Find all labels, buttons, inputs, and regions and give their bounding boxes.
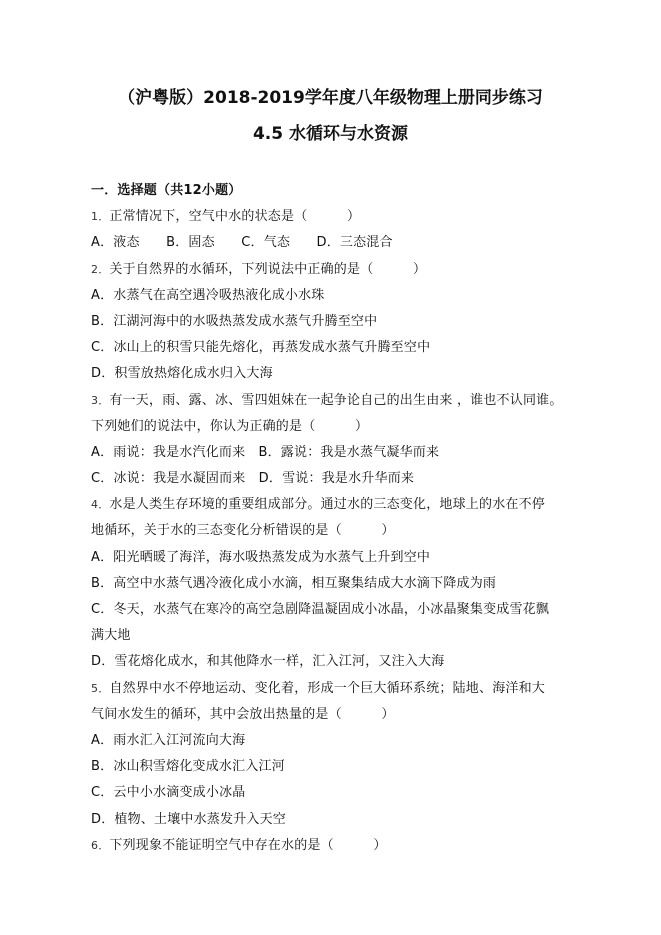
question-1-options: A．液态 B．固态 C．气态 D．三态混合 (91, 230, 611, 256)
question-list: 一．选择题（共12小题） 1．正常情况下，空气中水的状态是（ ） A．液态 B．… (91, 178, 611, 859)
option-c: C．冰山上的积雪只能先熔化，再蒸发成水蒸气升腾至空中 (91, 335, 611, 361)
options-ab: A．雨说：我是水汽化而来 B．露说：我是水蒸气凝华而来 (91, 440, 611, 466)
question-text: 自然界中水不停地运动、变化着，形成一个巨大循环系统；陆地、海洋和大 (109, 681, 545, 696)
question-3: 3．有一天，雨、露、冰、雪四姐妹在一起争论自己的出生由来 ，谁也不认同谁。 (91, 388, 611, 414)
option-a: A．阳光晒暖了海洋，海水吸热蒸发成为水蒸气上升到空中 (91, 545, 611, 571)
question-number: 2． (91, 263, 109, 276)
question-6: 6．下列现象不能证明空气中存在水的是（ ） (91, 833, 611, 859)
question-4: 4．水是人类生存环境的重要组成部分。通过水的三态变化，地球上的水在不停 (91, 492, 611, 518)
document-title: （沪粤版）2018-2019学年度八年级物理上册同步练习 (0, 88, 661, 108)
question-text: 关于自然界的水循环，下列说法中正确的是（ ） (109, 262, 426, 277)
option-b: B．冰山积雪熔化变成水汇入江河 (91, 754, 611, 780)
question-5: 5．自然界中水不停地运动、变化着，形成一个巨大循环系统；陆地、海洋和大 (91, 676, 611, 702)
option-d: D．积雪放热熔化成水归入大海 (91, 361, 611, 387)
question-3-continued: 下列她们的说法中，你认为正确的是（ ） (91, 414, 611, 440)
option-b: B．高空中水蒸气遇冷液化成小水滴，相互聚集结成大水滴下降成为雨 (91, 571, 611, 597)
option-a: A．雨水汇入江河流向大海 (91, 728, 611, 754)
question-number: 4． (91, 498, 109, 511)
options-cd: C．冰说：我是水凝固而来 D．雪说：我是水升华而来 (91, 466, 611, 492)
question-number: 5． (91, 682, 109, 695)
question-5-continued: 气间水发生的循环，其中会放出热量的是（ ） (91, 702, 611, 728)
section-header: 一．选择题（共12小题） (91, 178, 611, 204)
question-2: 2．关于自然界的水循环，下列说法中正确的是（ ） (91, 257, 611, 283)
question-text: 有一天，雨、露、冰、雪四姐妹在一起争论自己的出生由来 ，谁也不认同谁。 (109, 393, 562, 408)
option-c: C．冬天，水蒸气在寒冷的高空急剧降温凝固成小冰晶，小冰晶聚集变成雪花飘 (91, 597, 611, 623)
question-number: 3． (91, 394, 109, 407)
document-subtitle: 4.5 水循环与水资源 (0, 124, 661, 144)
option-a: A．水蒸气在高空遇冷吸热液化成小水珠 (91, 283, 611, 309)
question-number: 1． (91, 210, 109, 223)
option-d: D．植物、土壤中水蒸发升入天空 (91, 807, 611, 833)
question-4-continued: 地循环，关于水的三态变化分析错误的是（ ） (91, 518, 611, 544)
option-d: D．雪花熔化成水，和其他降水一样，汇入江河，又注入大海 (91, 649, 611, 675)
question-text: 下列现象不能证明空气中存在水的是（ ） (109, 838, 386, 853)
question-text: 水是人类生存环境的重要组成部分。通过水的三态变化，地球上的水在不停 (109, 497, 545, 512)
question-number: 6． (91, 839, 109, 852)
option-c-continued: 满大地 (91, 623, 611, 649)
option-c: C．云中小水滴变成小冰晶 (91, 780, 611, 806)
option-b: B．江湖河海中的水吸热蒸发成水蒸气升腾至空中 (91, 309, 611, 335)
question-1: 1．正常情况下，空气中水的状态是（ ） (91, 204, 611, 230)
question-text: 正常情况下，空气中水的状态是（ ） (109, 209, 360, 224)
